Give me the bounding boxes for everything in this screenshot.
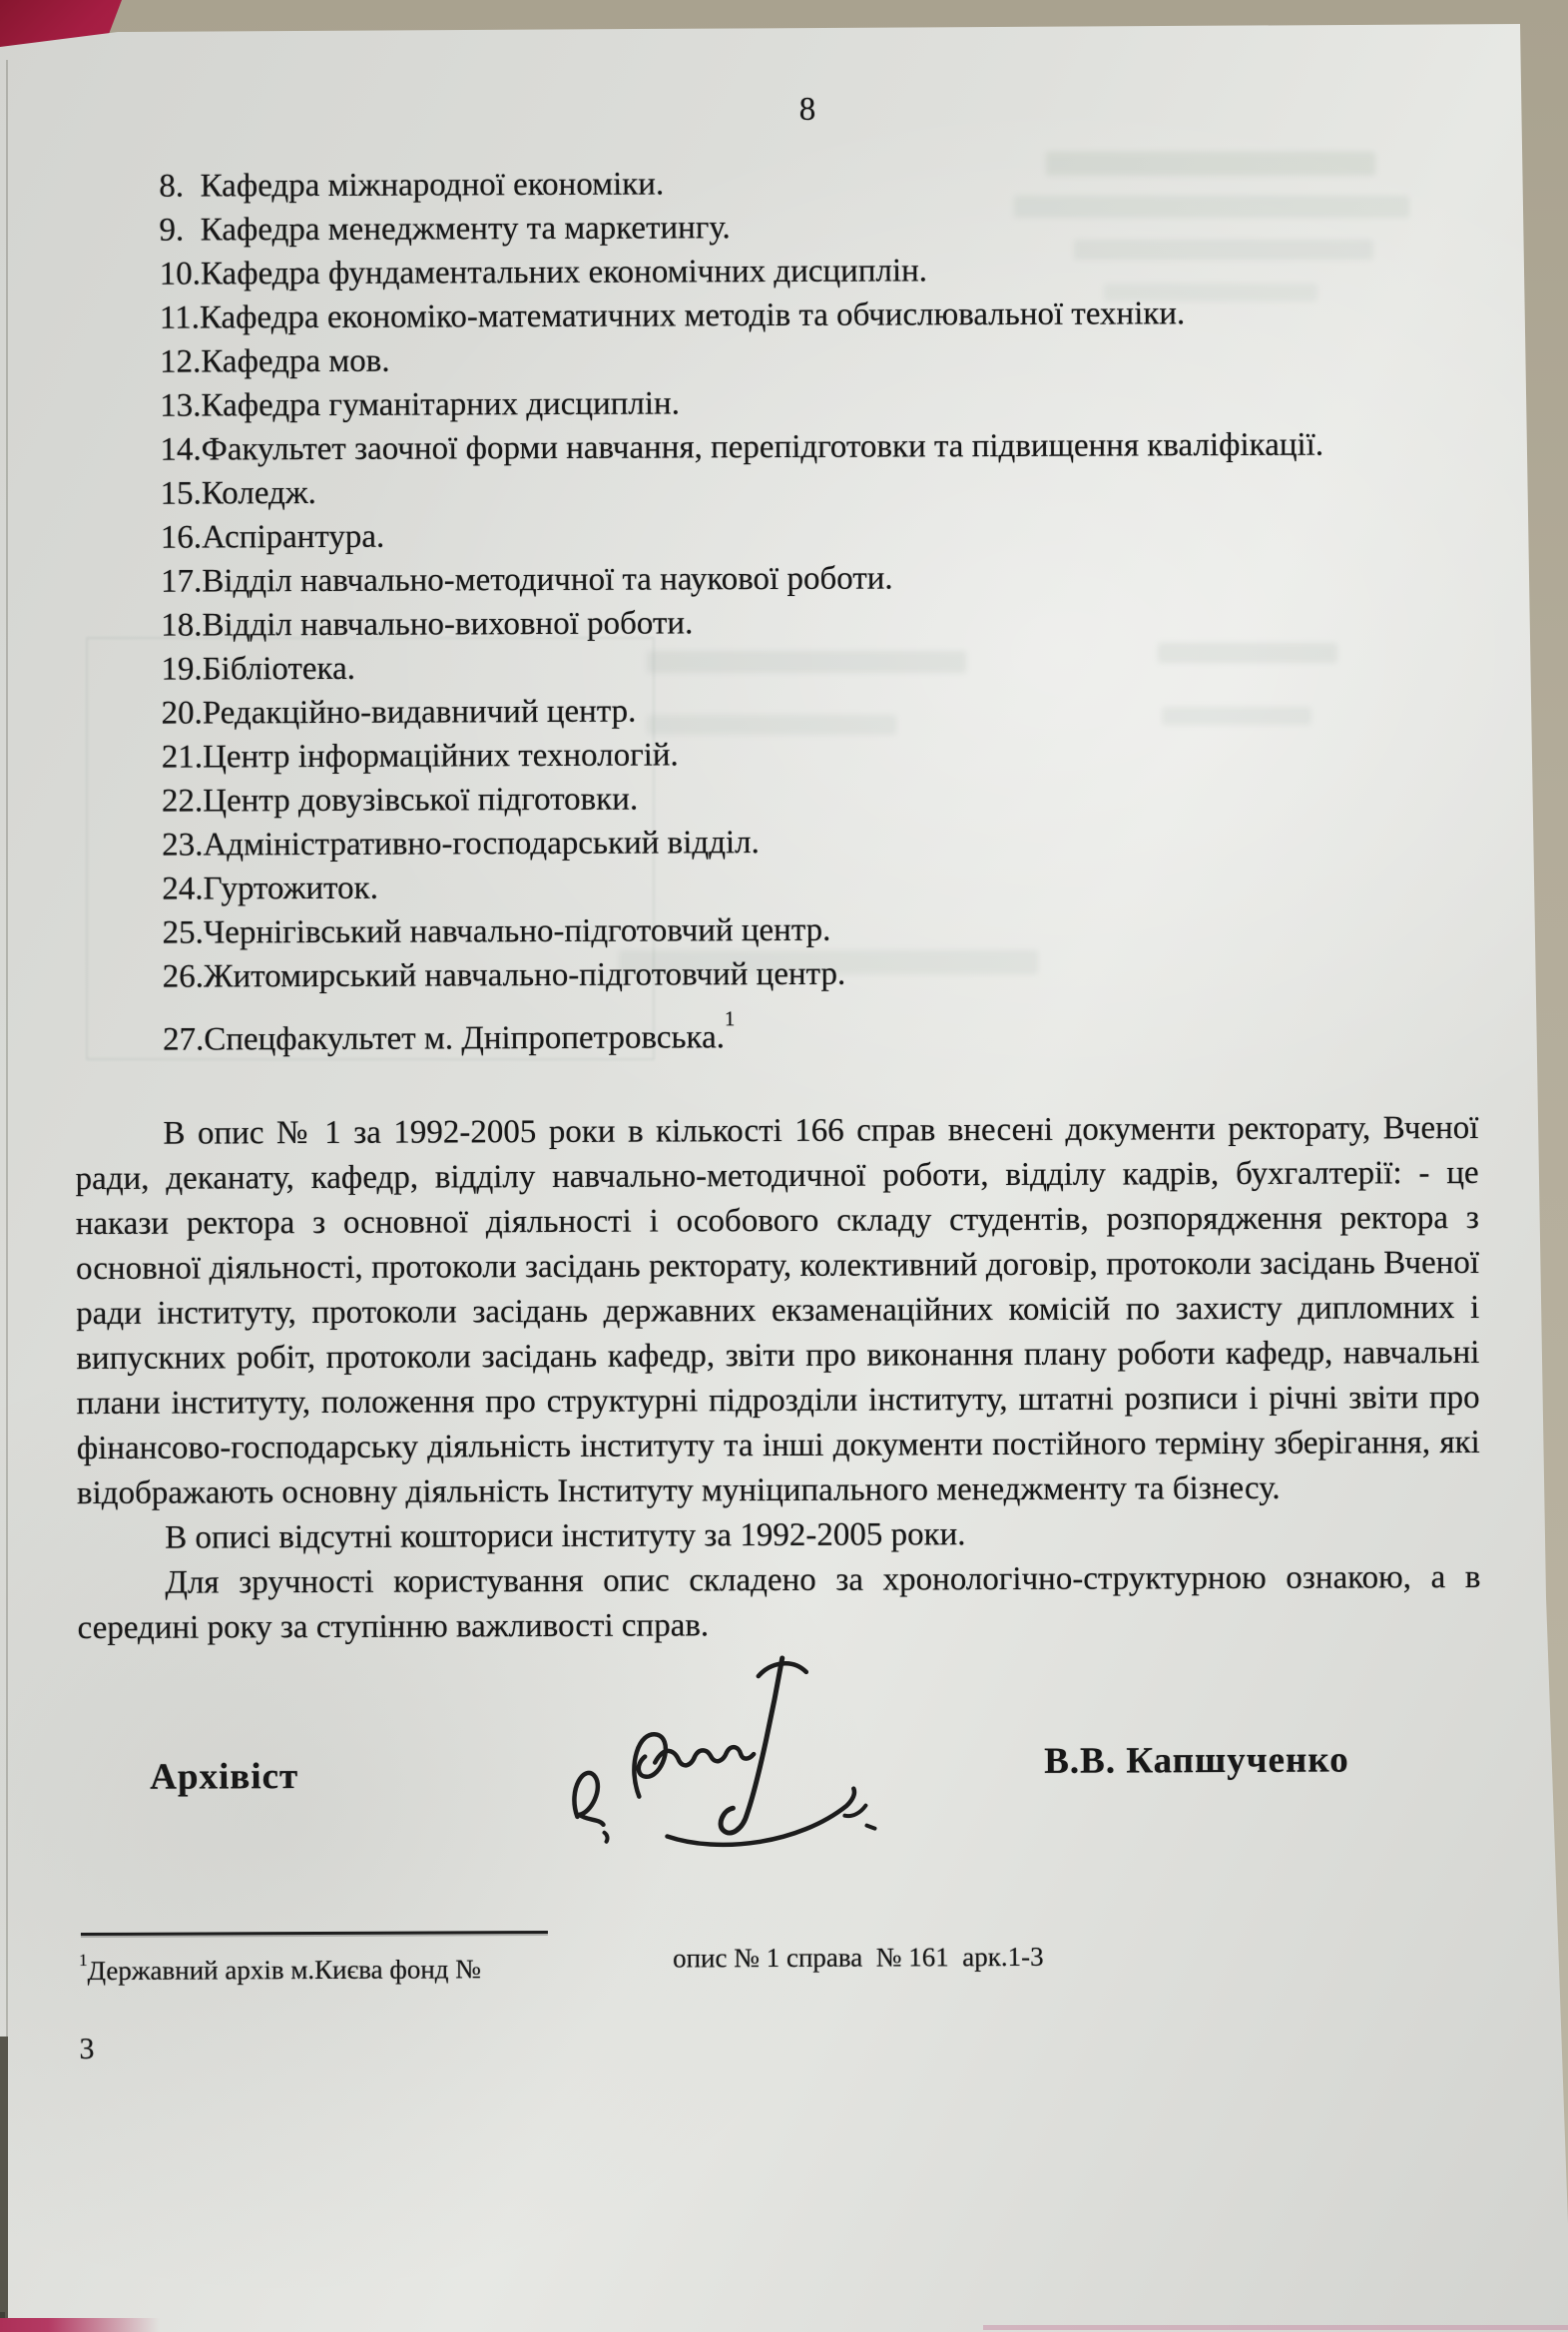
list-item: 21.Центр інформаційних технологій. [74,730,1477,780]
list-item: 14.Факультет заочної форми навчання, пер… [72,422,1475,472]
signer-name: В.В. Капшученко [1044,1739,1349,1783]
list-item: 9. Кафедра менеджменту та маркетингу. [71,203,1474,253]
department-list: 8. Кафедра міжнародної економіки. 9. Каф… [71,159,1478,1062]
body-paragraph: В описі відсутні кошториси інституту за … [77,1510,1480,1561]
list-item: 16.Аспірантура. [73,510,1476,560]
list-item: 25.Чернігівський навчально-підготовчий ц… [74,905,1477,955]
list-item: 8. Кафедра міжнародної економіки. [71,159,1474,209]
page-number-bottom: 3 [79,2026,1482,2067]
footnote: 1Державний архів м.Києва фонд № опис № 1… [79,1938,1482,1988]
typed-content: 8 8. Кафедра міжнародної економіки. 9. К… [70,0,1482,2067]
list-item: 22.Центр довузівської підготовки. [74,774,1477,824]
list-item: 12.Кафедра мов. [72,334,1475,384]
body-paragraph: В опис № 1 за 1992-2005 роки в кількості… [75,1106,1480,1516]
footnote-file-reference: опис № 1 справа № 161 арк.1-3 [673,1940,1044,1976]
scanned-document-page: 8 8. Кафедра міжнародної економіки. 9. К… [0,0,1568,2332]
list-item: 27.Спецфакультет м. Дніпропетровська.1 [75,993,1478,1062]
footnote-marker-superscript: 1 [725,1006,736,1030]
signer-role: Архівіст [150,1755,298,1799]
list-item: 23.Адміністративно-господарський відділ. [74,818,1477,868]
footnote-separator [81,1931,548,1936]
list-item: 20.Редакційно-видавничий центр. [74,686,1477,736]
list-item: 19.Бібліотека. [73,642,1476,692]
red-backing-bottom-left [0,2318,160,2332]
list-item: 10.Кафедра фундаментальних економічних д… [72,247,1475,296]
page-number-top: 8 [105,0,1509,135]
list-item: 17.Відділ навчально-методичної та науков… [73,554,1476,604]
backing-dark-strip [0,2037,8,2332]
signature-block: Архівіст В.В. Капшученко [78,1705,1482,1871]
handwritten-signature [547,1637,917,1879]
page-left-edge-shadow [6,60,8,2332]
footnote-marker: 1 [79,1951,88,1970]
list-item: 15.Коледж. [73,466,1476,516]
list-item: 13.Кафедра гуманітарних дисциплін. [72,378,1475,428]
list-item-text: 27.Спецфакультет м. Дніпропетровська. [163,1019,725,1057]
list-item: 26.Житомирський навчально-підготовчий це… [75,949,1478,999]
footnote-archive-reference: Державний архів м.Києва фонд № [88,1954,482,1986]
list-item: 11.Кафедра економіко-математичних методі… [72,291,1475,340]
body-paragraph: Для зручності користування опис складено… [77,1555,1480,1651]
pink-backing-bottom-edge [983,2325,1568,2330]
list-item: 24.Гуртожиток. [74,862,1477,911]
list-item: 18.Відділ навчально-виховної роботи. [73,598,1476,648]
